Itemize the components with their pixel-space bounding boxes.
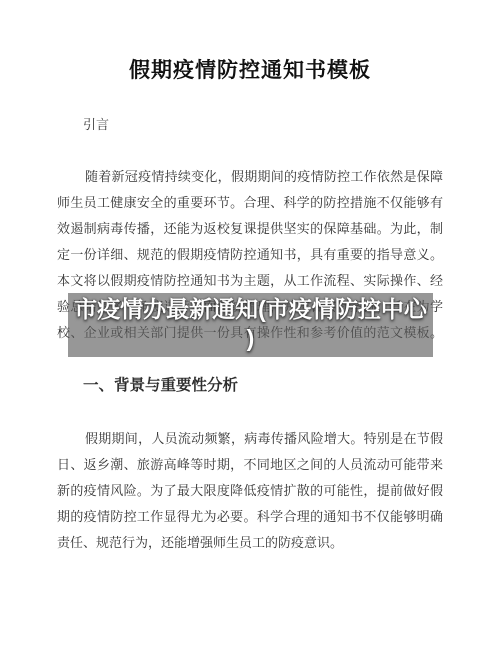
- intro-label: 引言: [83, 115, 109, 135]
- paragraph-line: 日、返乡潮、旅游高峰等时期，不同地区之间的人员流动可能带来: [57, 452, 443, 478]
- paragraph-line: 效遏制病毒传播，还能为返校复课提供坚实的保障基础。为此，制: [57, 216, 443, 242]
- paragraph-line: 假期期间，人员流动频繁，病毒传播风险增大。特别是在节假: [57, 426, 443, 452]
- paragraph-line: 定一份详细、规范的假期疫情防控通知书，具有重要的指导意义。: [57, 242, 443, 268]
- paragraph-line: 责任、规范行为，还能增强师生员工的防疫意识。: [57, 530, 443, 556]
- paragraph-line: 本文将以假期疫情防控通知书为主题，从工作流程、实际操作、经: [57, 268, 443, 294]
- paragraph-line: 随着新冠疫情持续变化，假期期间的疫情防控工作依然是保障: [57, 164, 443, 190]
- section-heading: 一、背景与重要性分析: [83, 374, 238, 398]
- overlay-banner-text-line2: ): [247, 324, 255, 353]
- paragraph-line: 期的疫情防控工作显得尤为必要。科学合理的通知书不仅能够明确: [57, 504, 443, 530]
- overlay-banner-text-line1: 市疫情办最新通知(市疫情防控中心: [74, 295, 427, 324]
- paragraph-line: 新的疫情风险。为了最大限度降低疫情扩散的可能性，提前做好假: [57, 478, 443, 504]
- document-page: 假期疫情防控通知书模板 引言 随着新冠疫情持续变化，假期期间的疫情防控工作依然是…: [0, 0, 500, 647]
- document-title: 假期疫情防控通知书模板: [57, 58, 443, 84]
- paragraph-line: 师生员工健康安全的重要环节。合理、科学的防控措施不仅能够有: [57, 190, 443, 216]
- overlay-banner: 市疫情办最新通知(市疫情防控中心 ): [68, 293, 433, 357]
- analysis-paragraph: 假期期间，人员流动频繁，病毒传播风险增大。特别是在节假 日、返乡潮、旅游高峰等时…: [57, 426, 443, 556]
